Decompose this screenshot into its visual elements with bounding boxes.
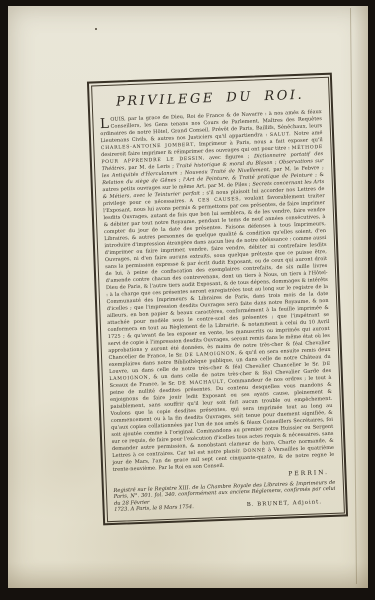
privilege-frame-inner: PRIVILEGE DU ROI. LOUIS, par la grace de… [91,76,345,522]
document-title: PRIVILEGE DU ROI. [99,87,321,110]
privilege-frame: PRIVILEGE DU ROI. LOUIS, par la grace de… [87,73,348,526]
scan-background: { "page": { "title": "PRIVILEGE DU ROI."… [0,0,375,600]
privilege-body: LOUIS, par la grace de Dieu, Roi de Fran… [100,109,335,474]
drop-cap: L [100,116,111,129]
paper-speck [95,28,97,30]
paper-sheet: PRIVILEGE DU ROI. LOUIS, par la grace de… [8,6,368,588]
privilege-body-text: OUIS, par la grace de Dieu, Roi de Franc… [100,109,334,473]
bottom-shadow [8,562,368,588]
